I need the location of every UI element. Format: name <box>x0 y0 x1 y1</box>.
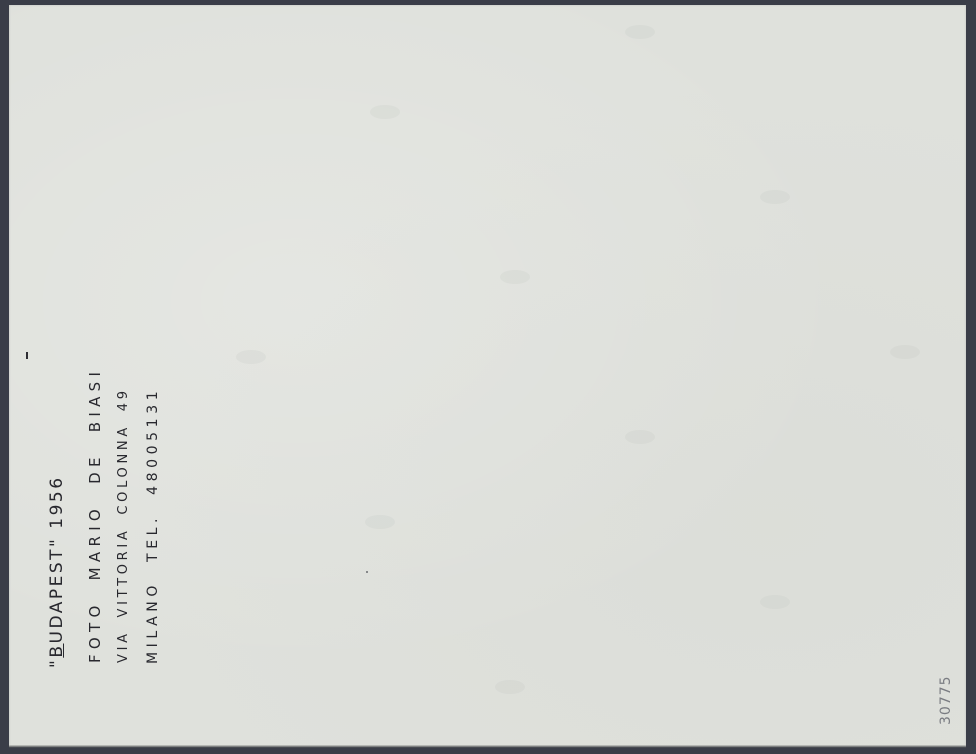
inscription-title-line: "BUDAPEST" 1956 <box>47 475 67 668</box>
inscription-address-line: VIA VITTORIA COLONNA 49 <box>116 387 131 663</box>
paper-smudge <box>500 270 530 284</box>
paper-smudge <box>236 350 266 364</box>
stray-ink-dot <box>366 571 368 573</box>
paper-smudge <box>625 430 655 444</box>
paper-smudge <box>495 680 525 694</box>
inscription-city-phone-line: MILANO TEL. 48005131 <box>145 387 161 664</box>
paper-smudge <box>890 345 920 359</box>
paper-smudge <box>625 25 655 39</box>
paper-smudge <box>365 515 395 529</box>
inscription-title: BUDAPEST <box>47 547 67 658</box>
paper-smudge <box>760 595 790 609</box>
inscription-photographer-line: FOTO MARIO DE BIASI <box>86 367 104 663</box>
pencil-catalog-number: 30775 <box>938 675 954 725</box>
paper-edge-shadow <box>9 745 966 748</box>
inscription-quote-open: " <box>47 658 67 668</box>
pencil-tick-mark <box>26 352 28 359</box>
inscription-year: " 1956 <box>47 475 67 547</box>
paper-smudge <box>370 105 400 119</box>
paper-smudge <box>760 190 790 204</box>
